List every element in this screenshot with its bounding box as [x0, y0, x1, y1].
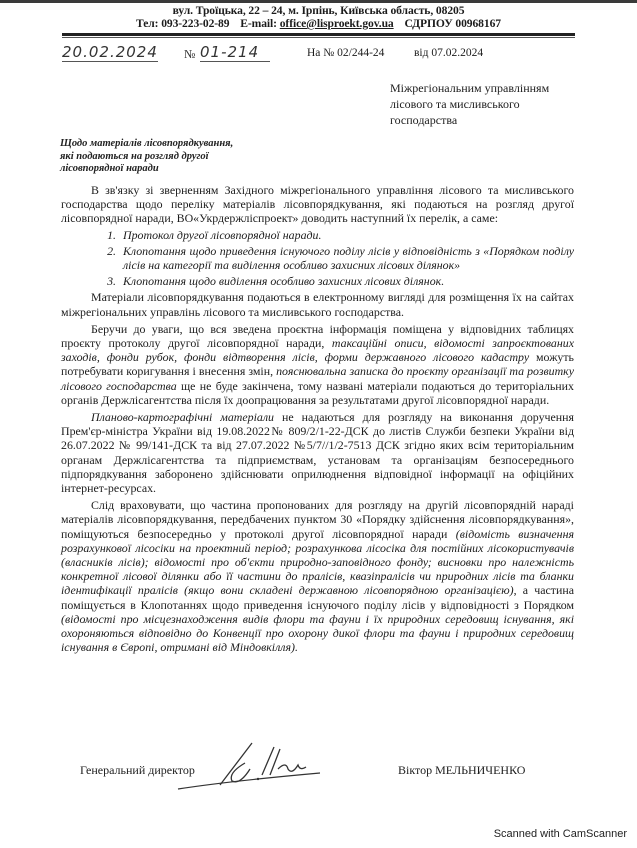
reply-to-date: від 07.02.2024	[414, 47, 483, 59]
paragraph-electronic: Матеріали лісовпорядкування подаються в …	[61, 290, 574, 318]
signature-icon	[170, 735, 340, 795]
outgoing-date: 20.02.2024	[62, 43, 158, 62]
letterhead-email-link[interactable]: office@lisproekt.gov.ua	[280, 17, 394, 30]
materials-list: Протокол другої лісовпорядної наради. Кл…	[61, 228, 574, 289]
letterhead-phone: Тел: 093-223-02-89	[136, 17, 229, 30]
paragraph-intro: В зв'язку зі зверненням Західного міжрег…	[61, 183, 574, 226]
paragraph-maps: Планово-картографічні матеріали не надаю…	[61, 410, 574, 495]
text-run-italic: Планово-картографічні матеріали	[91, 410, 274, 424]
paragraph-note: Слід враховувати, що частина пропоновани…	[61, 498, 574, 654]
subject-line: Щодо матеріалів лісовпорядкування,	[60, 138, 250, 151]
list-item: Протокол другої лісовпорядної наради.	[119, 228, 574, 242]
paragraph-project-info: Беручи до уваги, що вся зведена проєктна…	[61, 322, 574, 407]
letterhead-address: вул. Троїцька, 22 – 24, м. Ірпінь, Київс…	[0, 4, 637, 17]
addressee-block: Міжрегіональним управлінням лісового та …	[390, 80, 630, 128]
subject-line: лісовпорядної наради	[60, 163, 250, 176]
number-label: №	[184, 47, 195, 62]
outgoing-number: 01-214	[200, 43, 270, 62]
letterhead-edrpou: СДРПОУ 00968167	[404, 17, 501, 30]
letterhead-contacts: Тел: 093-223-02-89 E-mail: office@lispro…	[0, 17, 637, 30]
list-item: Клопотання щодо виділення особливо захис…	[119, 274, 574, 288]
subject-block: Щодо матеріалів лісовпорядкування, які п…	[60, 138, 250, 176]
scan-top-edge	[0, 0, 637, 3]
text-run-italic: (відомості про місцезнаходження видів фл…	[61, 612, 574, 654]
letterhead-email-label: E-mail:	[240, 17, 277, 30]
addressee-line: лісового та мисливського	[390, 96, 630, 112]
reply-to-number: На № 02/244-24	[307, 47, 384, 59]
letterhead-divider	[62, 33, 575, 36]
signatory-name: Віктор МЕЛЬНИЧЕНКО	[398, 763, 525, 778]
camscanner-watermark: Scanned with CamScanner	[494, 828, 627, 840]
subject-line: які подаються на розгляд другої	[60, 151, 250, 164]
letter-body: В зв'язку зі зверненням Західного міжрег…	[61, 183, 574, 655]
addressee-line: Міжрегіональним управлінням	[390, 80, 630, 96]
addressee-line: господарства	[390, 112, 630, 128]
registration-line: 20.02.2024 № 01-214 На № 02/244-24 від 0…	[62, 43, 582, 63]
letterhead-divider-thin	[62, 37, 575, 38]
list-item: Клопотання щодо приведення існуючого под…	[119, 244, 574, 272]
